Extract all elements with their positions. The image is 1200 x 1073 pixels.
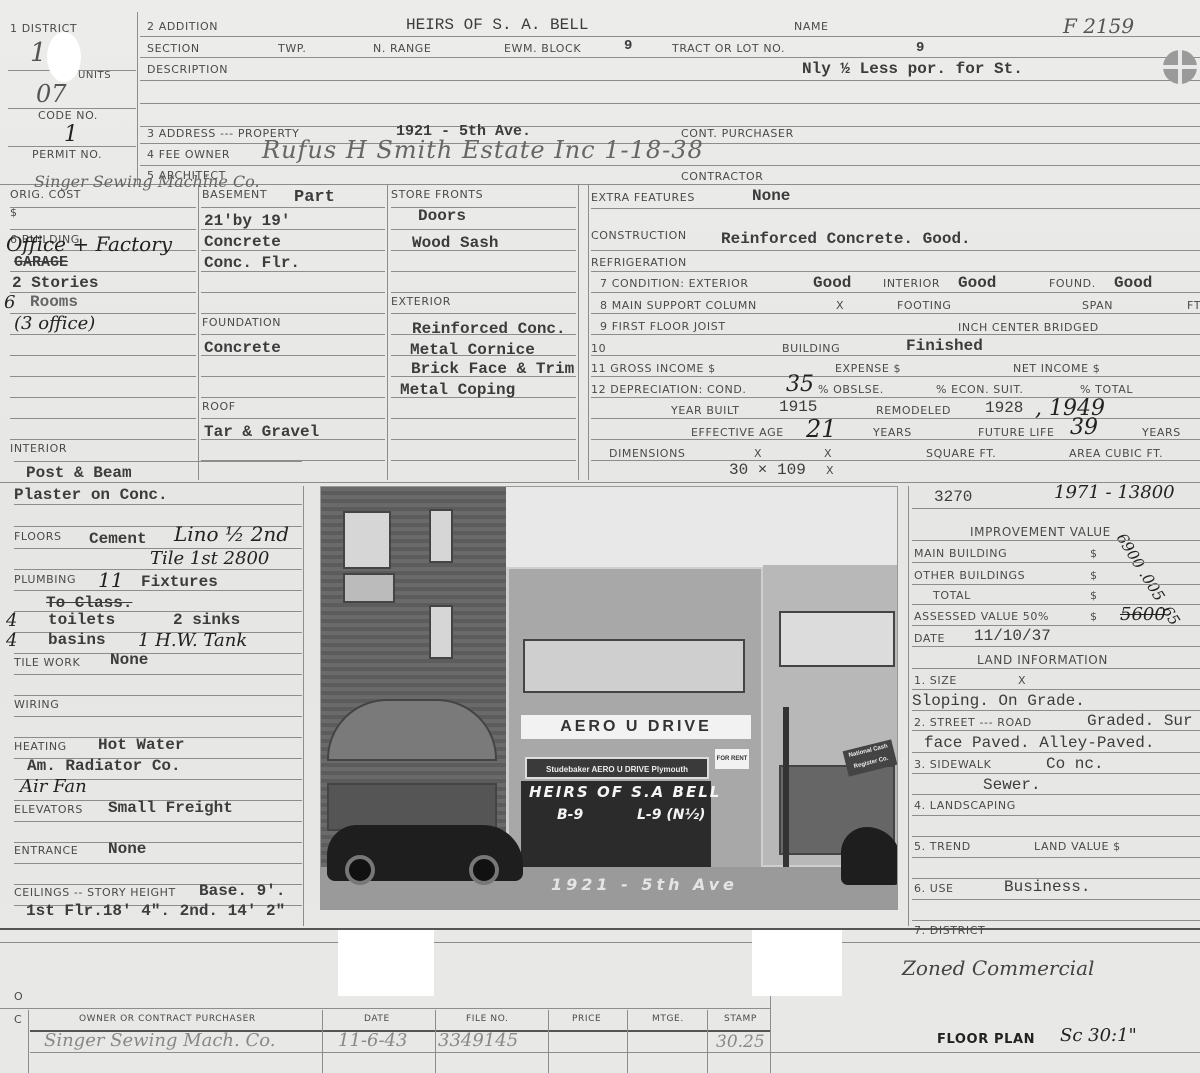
inch-center-label: Inch Center Bridged: [958, 321, 1099, 334]
divider: [707, 1010, 708, 1073]
name-value: F 2159: [1063, 14, 1134, 38]
sinks: 2 sinks: [173, 611, 240, 629]
future-life-label: Future Life: [978, 426, 1055, 439]
hw-tank: 1 H.W. Tank: [138, 630, 247, 651]
effective-age-value: 21: [806, 415, 837, 443]
ruling-line: [201, 313, 385, 314]
floors-value: Cement: [89, 530, 147, 548]
code-label: Code No.: [38, 109, 98, 122]
ruling-line: [591, 313, 1200, 314]
net-income-label: Net Income $: [1013, 362, 1100, 375]
ruling-line: [391, 229, 576, 230]
interior-label: Interior: [10, 442, 67, 455]
basement-line: Concrete: [204, 233, 281, 251]
col-date: Date: [364, 1014, 390, 1024]
effective-age-label: Effective Age: [691, 426, 784, 439]
ruling-line: [14, 821, 302, 822]
divider: [548, 1010, 549, 1073]
currency: $: [1090, 610, 1098, 623]
redaction-blot: [752, 930, 842, 996]
divider: [588, 184, 589, 480]
tile-work-value: None: [110, 651, 148, 669]
entrance-label: Entrance: [14, 844, 78, 857]
remodeled-value: 1928: [985, 399, 1023, 417]
rooms-note: (3 office): [14, 313, 95, 334]
seal-mark: [1163, 50, 1197, 84]
exterior-line: Metal Coping: [400, 381, 515, 399]
trend-label: 5. Trend: [914, 840, 971, 853]
condition-found: Good: [1114, 274, 1152, 292]
ruling-line: [10, 207, 196, 208]
addition-value: HEIRS OF S. A. BELL: [406, 16, 588, 34]
row10-label: 10: [591, 342, 606, 355]
ruling-line: [912, 625, 1200, 626]
ruling-line: [912, 584, 1200, 585]
ruling-line: [912, 562, 1200, 563]
photo-caption-lot: L-9 (N½): [637, 807, 705, 823]
fee-owner-label: 4 Fee Owner: [147, 148, 230, 161]
ceilings-line-2: 1st Flr.18' 4". 2nd. 14' 2": [26, 902, 285, 920]
dimensions-value: 30 × 109: [729, 461, 806, 479]
land-value-label: Land Value $: [1034, 840, 1121, 853]
ceilings-label: Ceilings -- Story Height: [14, 886, 176, 899]
heating-hand: Air Fan: [20, 776, 87, 797]
floors-hand-1: Lino ½ 2nd: [174, 522, 289, 546]
ruling-line: [14, 695, 302, 696]
divider: [28, 1010, 29, 1073]
ruling-line: [201, 334, 385, 335]
photo-wheel: [345, 855, 375, 885]
photo-caption: HEIRS OF S.A BELL: [529, 783, 721, 801]
divider: [0, 1008, 770, 1009]
basins: basins: [48, 631, 106, 649]
construction-value: Reinforced Concrete. Good.: [721, 230, 971, 248]
ruling-line: [391, 313, 576, 314]
permit-label: Permit No.: [32, 148, 102, 161]
building-label: Building: [782, 342, 840, 355]
depreciation-cond: 35: [786, 372, 814, 397]
twp-label: Twp.: [278, 42, 306, 55]
condition-label: 7 Condition: Exterior: [600, 277, 749, 290]
ruling-line: [912, 773, 1200, 774]
ruling-line: [912, 857, 1200, 858]
landscaping-label: 4. Landscaping: [914, 799, 1016, 812]
photo-car: [327, 825, 523, 881]
divider: [140, 80, 1200, 81]
years-label-2: Years: [1142, 426, 1181, 439]
use-value: Business.: [1004, 878, 1090, 896]
cubic-ft-label: Area Cubic Ft.: [1069, 447, 1163, 460]
divider: [140, 36, 1200, 37]
margin-note: 6900 .005 .65: [1113, 530, 1171, 607]
divider: [0, 928, 1200, 930]
year-built-label: Year Built: [671, 404, 740, 417]
basement-line: Conc. Flr.: [204, 254, 300, 272]
photo-ornament: [343, 573, 395, 603]
store-fronts-label: Store Fronts: [391, 188, 483, 201]
ruling-line: [591, 460, 1200, 461]
row-date: 11-6-43: [338, 1030, 407, 1051]
row-file: 3349145: [438, 1030, 518, 1051]
size-value: Sloping. On Grade.: [912, 692, 1085, 710]
store-fronts-line: Doors: [418, 207, 466, 225]
ruling-line: [10, 439, 196, 440]
divider: [908, 486, 909, 926]
condition-interior-label: Interior: [883, 277, 940, 290]
interior-line: Post & Beam: [26, 464, 132, 482]
ruling-line: [201, 418, 385, 419]
ruling-line: [912, 710, 1200, 711]
plumbing-number: 11: [98, 568, 123, 592]
other-buildings-label: Other Buildings: [914, 569, 1025, 582]
support-column-label: 8 Main Support Column: [600, 299, 757, 312]
x-mark: x: [824, 447, 832, 460]
joist-label: 9 First Floor Joist: [600, 320, 726, 333]
divider: [0, 942, 1200, 943]
ruling-line: [14, 461, 302, 462]
extra-features-label: Extra Features: [591, 191, 695, 204]
divider: [140, 57, 1200, 58]
date-label: Date: [914, 632, 945, 645]
sewer: Sewer.: [983, 776, 1041, 794]
ruling-line: [10, 229, 196, 230]
interior-line: Plaster on Conc.: [14, 486, 168, 504]
photo-sky: [506, 487, 898, 567]
o-label: O: [14, 990, 23, 1003]
col-file: File No.: [466, 1014, 509, 1024]
roof-label: Roof: [202, 400, 236, 413]
ruling-line: [912, 878, 1200, 879]
ruling-line: [10, 397, 196, 398]
expense-label: Expense $: [835, 362, 901, 375]
ruling-line: [10, 355, 196, 356]
fee-owner-value: Rufus H Smith Estate Inc 1-18-38: [262, 136, 704, 164]
foundation-label: Foundation: [202, 316, 281, 329]
basement-line: 21'by 19': [204, 212, 290, 230]
code-value: 1: [64, 122, 78, 147]
sidewalk-label: 3. Sidewalk: [914, 758, 991, 771]
c-label: C: [14, 1013, 22, 1026]
ruling-line: [201, 207, 385, 208]
use-label: 6. Use: [914, 882, 954, 895]
square-ft-value: 3270: [934, 488, 972, 506]
description-label: Description: [147, 63, 228, 76]
foundation-value: Concrete: [204, 339, 281, 357]
basement-value: Part: [294, 188, 335, 207]
contractor-label: Contractor: [681, 170, 764, 183]
toilets: toilets: [48, 611, 115, 629]
floors-hand-2: Tile 1st 2800: [150, 548, 269, 569]
ruling-line: [201, 376, 385, 377]
x-mark: x: [826, 464, 834, 477]
dimensions-label: Dimensions: [609, 447, 685, 460]
heating-value: Hot Water: [98, 736, 184, 754]
photo-storefront: [327, 783, 497, 831]
ruling-line: [591, 208, 1200, 209]
years-label: Years: [873, 426, 912, 439]
ruling-line: [391, 292, 576, 293]
col-price: Price: [572, 1014, 601, 1024]
ruling-line: [14, 863, 302, 864]
currency: $: [1090, 569, 1098, 582]
units-value: 07: [36, 80, 67, 108]
tile-work-label: Tile Work: [14, 656, 80, 669]
building-photograph: AERO U DRIVE Studebaker AERO U DRIVE Ply…: [320, 486, 898, 910]
ruling-line: [912, 794, 1200, 795]
lot-label: Tract or Lot No.: [672, 42, 785, 55]
wiring-label: Wiring: [14, 698, 59, 711]
condition-exterior: Good: [813, 274, 851, 292]
ruling-line: [912, 668, 1200, 669]
ruling-line: [10, 376, 196, 377]
section-label: Section: [147, 42, 200, 55]
ruling-line: [10, 271, 196, 272]
ruling-line: [591, 397, 1200, 398]
store-fronts-line: Wood Sash: [412, 234, 498, 252]
ruling-line: [591, 439, 1200, 440]
ruling-line: [912, 836, 1200, 837]
main-building-label: Main Building: [914, 547, 1007, 560]
land-district-label: 7. District: [914, 924, 985, 937]
col-owner: Owner or Contract Purchaser: [79, 1014, 256, 1024]
ruling-line: [14, 569, 302, 570]
ruling-line: [391, 271, 576, 272]
rooms: Rooms: [30, 293, 78, 311]
row-stamp: 30.25: [716, 1032, 765, 1052]
photo-window-band: [523, 639, 745, 693]
size-label: 1. Size: [914, 674, 957, 687]
ruling-line: [912, 646, 1200, 647]
divider: [198, 184, 199, 480]
land-title: Land Information: [977, 653, 1108, 667]
ruling-line: [912, 815, 1200, 816]
range-label: N. Range: [373, 42, 431, 55]
ruling-line: [912, 689, 1200, 690]
heating-line-2: Am. Radiator Co.: [27, 757, 181, 775]
stories: 2 Stories: [12, 274, 98, 292]
photo-arch-window: [327, 699, 497, 761]
photo-caption-block: B-9: [557, 807, 583, 823]
addition-label: 2 Addition: [147, 20, 218, 33]
ruling-line: [201, 397, 385, 398]
x-mark: x: [754, 447, 762, 460]
floor-plan-scale: Sc 30:1": [1060, 1025, 1137, 1046]
floors-label: Floors: [14, 530, 62, 543]
street-line-2: face Paved. Alley-Paved.: [924, 734, 1154, 752]
ruling-line: [14, 504, 302, 505]
lot-value: 9: [916, 40, 924, 56]
ruling-line: [912, 604, 1200, 605]
divider: [30, 1052, 1200, 1053]
exterior-line: Metal Cornice: [410, 341, 535, 359]
plumbing-label: Plumbing: [14, 573, 76, 586]
exterior-label: Exterior: [391, 295, 451, 308]
block-label: Ewm. Block: [504, 42, 581, 55]
ruling-line: [201, 292, 385, 293]
basement-label: Basement: [202, 188, 267, 201]
footing-label: Footing: [897, 299, 952, 312]
exterior-line: Reinforced Conc.: [412, 320, 566, 338]
basins-number: 4: [6, 630, 17, 651]
currency: $: [1090, 589, 1098, 602]
building-value: Finished: [906, 337, 983, 355]
punch-hole: [47, 32, 81, 82]
assessed-label: Assessed Value 50%: [914, 610, 1049, 623]
ruling-line: [912, 899, 1200, 900]
ruling-line: [591, 271, 1200, 272]
ruling-line: [591, 292, 1200, 293]
ruling-line: [10, 334, 196, 335]
divider: [387, 184, 388, 480]
ruling-line: [391, 439, 576, 440]
plumbing-struck: To Class.: [46, 594, 132, 612]
ruling-line: [14, 674, 302, 675]
improvement-title: Improvement Value: [970, 525, 1111, 539]
found-label: Found.: [1049, 277, 1096, 290]
for-rent-sign: FOR RENT: [715, 749, 749, 769]
entrance-value: None: [108, 840, 146, 858]
rooms-number: 6: [4, 292, 15, 313]
photo-window: [779, 611, 895, 667]
roof-value: Tar & Gravel: [204, 423, 319, 441]
col-mtge: Mtge.: [652, 1014, 684, 1024]
divider: [322, 1010, 323, 1073]
ruling-line: [912, 752, 1200, 753]
divider: [578, 184, 579, 480]
ruling-line: [591, 376, 1200, 377]
econ-label: % Econ. Suit.: [936, 383, 1023, 396]
obslse-label: % Obslse.: [818, 383, 884, 396]
ruling-line: [14, 716, 302, 717]
divider: [303, 486, 304, 926]
date-value: 11/10/37: [974, 627, 1051, 645]
ruling-line: [912, 540, 1200, 541]
condition-interior: Good: [958, 274, 996, 292]
building-value: Office + Factory: [6, 232, 172, 256]
ruling-line: [10, 418, 196, 419]
x-mark: x: [1018, 674, 1026, 687]
redaction-blot: [338, 930, 434, 996]
divider: [0, 482, 1200, 483]
construction-label: Construction: [591, 229, 687, 242]
gross-income-label: 11 Gross Income $: [591, 362, 716, 375]
divider: [627, 1010, 628, 1073]
ruling-line: [14, 653, 302, 654]
exterior-line: Brick Face & Trim: [411, 360, 574, 378]
ruling-line: [912, 920, 1200, 921]
divider: [137, 12, 138, 184]
street-value: Graded. Sur: [1087, 712, 1193, 730]
photo-caption-street: 1921 - 5th Ave: [551, 875, 738, 894]
future-life-value: 39: [1070, 415, 1098, 440]
year-built-value: 1915: [779, 398, 817, 416]
photo-wheel: [469, 855, 499, 885]
photo-lamp-post: [783, 707, 789, 875]
total-label: % Total: [1080, 383, 1133, 396]
toilets-number: 4: [6, 610, 17, 631]
row-owner: Singer Sewing Mach. Co.: [44, 1030, 275, 1051]
heating-label: Heating: [14, 740, 67, 753]
divider: [140, 103, 1200, 104]
aero-u-drive-sign: AERO U DRIVE: [521, 715, 751, 739]
refrigeration-label: Refrigeration: [591, 256, 687, 269]
photo-window: [429, 509, 453, 563]
floor-plan-label: Floor Plan: [937, 1032, 1035, 1047]
span-label: Span: [1082, 299, 1113, 312]
units-label: Units: [78, 70, 111, 81]
plumbing-value: Fixtures: [141, 573, 218, 591]
description-value: Nly ½ Less por. for St.: [802, 60, 1023, 78]
divider: [435, 1010, 436, 1073]
orig-cost-currency: $: [10, 206, 18, 219]
block-value: 9: [624, 38, 632, 54]
square-ft-label: Square Ft.: [926, 447, 996, 460]
ruling-line: [591, 418, 1200, 419]
ruling-line: [912, 508, 1200, 509]
sidewalk-value: Co nc.: [1046, 755, 1104, 773]
street-label: 2. Street --- Road: [914, 716, 1032, 729]
total-label: Total: [933, 589, 971, 602]
land-district-value: Zoned Commercial: [902, 956, 1094, 980]
building-struck: GARAGE: [14, 254, 68, 271]
photo-window: [343, 511, 391, 569]
ruling-line: [591, 250, 1200, 251]
photo-car: [841, 827, 898, 885]
elevators-label: Elevators: [14, 803, 83, 816]
ceilings-value: Base. 9'.: [199, 882, 285, 900]
ruling-line: [591, 355, 1200, 356]
ft-label: Ft.: [1187, 299, 1200, 312]
currency: $: [1090, 547, 1098, 560]
photo-window: [429, 605, 453, 659]
elevators-value: Small Freight: [108, 799, 233, 817]
remodeled-label: Remodeled: [876, 404, 951, 417]
col-stamp: Stamp: [724, 1014, 757, 1024]
name-label: Name: [794, 20, 829, 33]
extra-features-value: None: [752, 187, 790, 205]
ruling-line: [391, 418, 576, 419]
brand-sign: Studebaker AERO U DRIVE Plymouth: [525, 757, 709, 779]
ruling-line: [591, 334, 1200, 335]
ruling-line: [391, 460, 576, 461]
ruling-line: [912, 730, 1200, 731]
depreciation-label: 12 Depreciation: Cond.: [591, 383, 747, 396]
cubic-note: 1971 - 13800: [1054, 482, 1175, 503]
ruling-line: [14, 842, 302, 843]
x-mark: x: [836, 299, 844, 312]
divider: [140, 165, 1200, 166]
property-record-card: 1 District 1 B Units 07 Code No. 1 Permi…: [0, 0, 1200, 1073]
